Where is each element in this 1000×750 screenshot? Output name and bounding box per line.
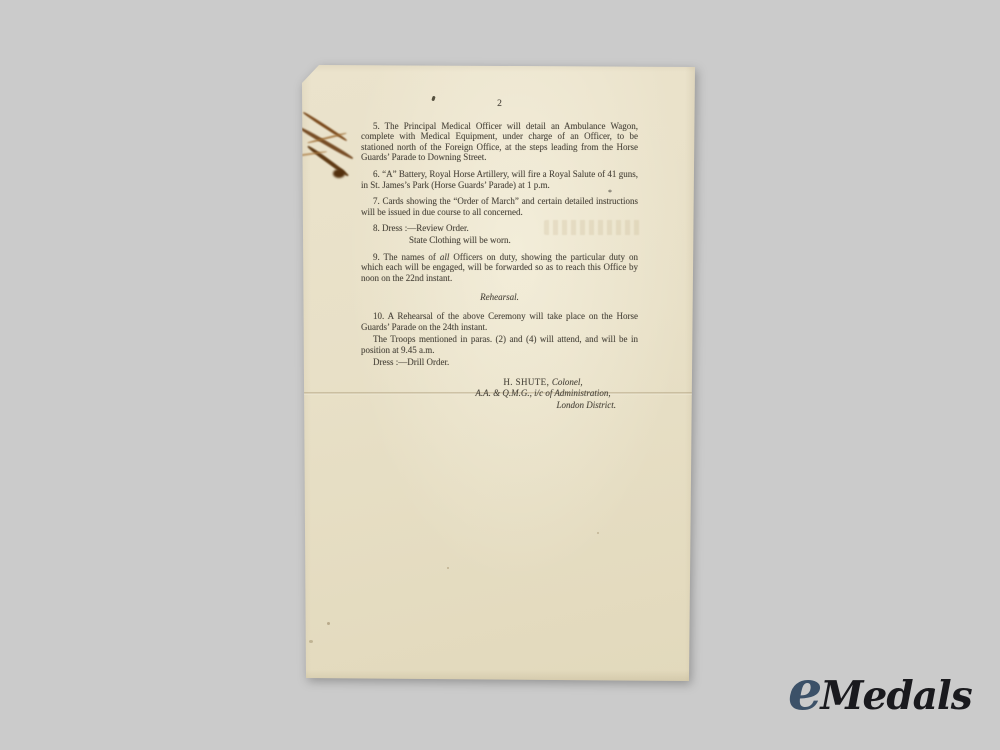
- paragraph-5: 5. The Principal Medical Officer will de…: [361, 121, 638, 163]
- paragraph-9-emphasis: all: [440, 252, 450, 262]
- age-speck: [309, 640, 313, 643]
- signature-name: H. SHUTE,: [503, 377, 552, 387]
- ink-stain: [293, 117, 363, 187]
- age-speck: [327, 622, 330, 625]
- rehearsal-heading: Rehearsal.: [361, 292, 638, 303]
- emedals-logo-e: e: [788, 662, 820, 718]
- signature-name-line: H. SHUTE, Colonel,: [470, 377, 616, 388]
- document-paper: * 2 5. The Principal Medical Officer wil…: [297, 62, 697, 682]
- signature-rank: Colonel,: [552, 377, 583, 387]
- paragraph-9-lead: 9. The names of: [373, 252, 440, 262]
- signature-place-line: London District.: [470, 400, 616, 411]
- signature-block: H. SHUTE, Colonel, A.A. & Q.M.G., i/c of…: [470, 377, 616, 411]
- photo-canvas: { "photo": { "background_color": "#cbcbc…: [0, 0, 1000, 750]
- page-number: 2: [361, 99, 638, 110]
- paragraph-10: 10. A Rehearsal of the above Ceremony wi…: [361, 311, 638, 332]
- paragraph-8-dress: 8. Dress :—Review Order.: [361, 223, 638, 234]
- paragraph-7: 7. Cards showing the “Order of March” an…: [361, 196, 638, 217]
- paragraph-10-troops: The Troops mentioned in paras. (2) and (…: [361, 334, 638, 355]
- signature-title-line: A.A. & Q.M.G., i/c of Administration,: [470, 388, 616, 399]
- paragraph-6: 6. “A” Battery, Royal Horse Artillery, w…: [361, 169, 638, 190]
- paragraph-8-clothing: State Clothing will be worn.: [409, 235, 638, 246]
- emedals-logo-medals: Medals: [820, 668, 971, 724]
- age-speck: [597, 532, 599, 534]
- emedals-watermark: e Medals: [788, 662, 972, 718]
- paragraph-10-dress: Dress :—Drill Order.: [361, 357, 638, 368]
- age-speck: [447, 567, 449, 569]
- stain-blot: [333, 169, 345, 178]
- document-photo: * 2 5. The Principal Medical Officer wil…: [297, 62, 697, 682]
- printed-orders-text: 2 5. The Principal Medical Officer will …: [361, 99, 638, 411]
- paragraph-9: 9. The names of all Officers on duty, sh…: [361, 252, 638, 284]
